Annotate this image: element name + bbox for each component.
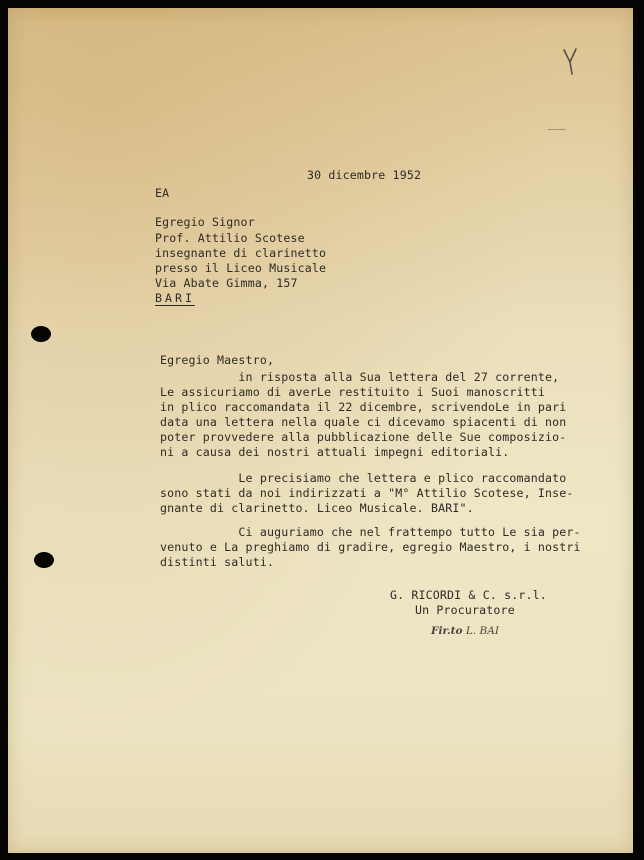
margin-dash-mark: [548, 129, 566, 130]
paragraph-2-line-3: gnante di clarinetto. Liceo Musicale. BA…: [160, 501, 474, 517]
handwritten-check-mark-icon: [563, 46, 577, 76]
paragraph-1-line-1: in risposta alla Sua lettera del 27 corr…: [160, 370, 559, 386]
recipient-city: BARI: [155, 291, 195, 307]
paragraph-1-line-5: poter provvedere alla pubblicazione dell…: [160, 430, 566, 446]
signature-prefix: Fir.to: [431, 625, 463, 637]
recipient-line-2: Prof. Attilio Scotese: [155, 231, 305, 247]
signature-name: L. BAI: [466, 625, 499, 637]
reference-initials: EA: [155, 186, 169, 202]
paragraph-3-line-2: venuto e La preghiamo di gradire, egregi…: [160, 540, 581, 556]
punch-hole-top: [31, 326, 51, 342]
paragraph-1-line-4: data una lettera nella quale ci dicevamo…: [160, 415, 566, 431]
recipient-line-5: Via Abate Gimma, 157: [155, 276, 298, 292]
paragraph-3-line-1: Ci auguriamo che nel frattempo tutto Le …: [160, 525, 581, 541]
punch-hole-bottom: [34, 552, 54, 568]
recipient-line-4: presso il Liceo Musicale: [155, 261, 326, 277]
salutation: Egregio Maestro,: [160, 353, 274, 369]
paragraph-2-line-2: sono stati da noi indirizzati a "M° Atti…: [160, 486, 574, 502]
company-name: G. RICORDI & C. s.r.l.: [390, 588, 547, 604]
paragraph-1-line-6: ni a causa dei nostri attuali impegni ed…: [160, 445, 509, 461]
recipient-line-1: Egregio Signor: [155, 215, 255, 231]
paragraph-3-line-3: distinti saluti.: [160, 555, 274, 571]
paragraph-1-line-2: Le assicuriamo di averLe restituito i Su…: [160, 385, 545, 401]
letter-page: 30 dicembre 1952 EA Egregio Signor Prof.…: [8, 8, 633, 853]
recipient-line-3: insegnante di clarinetto: [155, 246, 326, 262]
signature: Fir.to L. BAI: [431, 625, 499, 637]
paragraph-1-line-3: in plico raccomandata il 22 dicembre, sc…: [160, 400, 566, 416]
letter-date: 30 dicembre 1952: [307, 168, 421, 184]
paragraph-2-line-1: Le precisiamo che lettera e plico raccom…: [160, 471, 566, 487]
signatory-role: Un Procuratore: [415, 603, 515, 619]
